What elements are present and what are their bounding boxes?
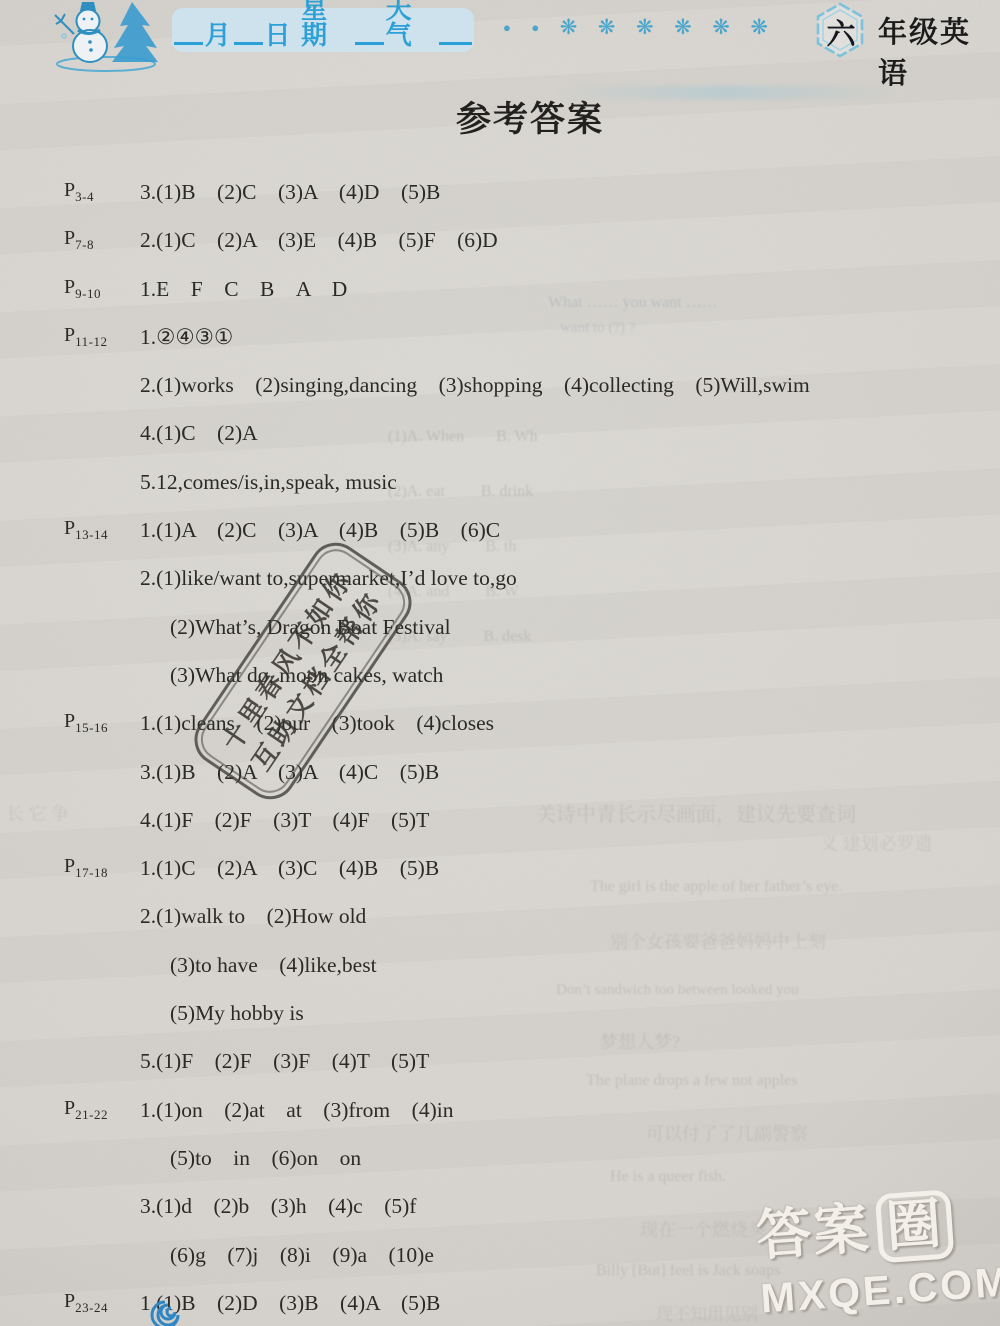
date-strip-label: 星期 bbox=[301, 0, 353, 48]
snowflake-icon: ❋ bbox=[712, 17, 730, 38]
scan-bleed-mark bbox=[555, 86, 895, 99]
answer-line: (2)What’s, Dragon Boat Festival bbox=[0, 605, 1000, 653]
answer-line: P9-101.E F C B A D bbox=[0, 267, 1000, 315]
answer-text: 2.(1)works (2)singing,dancing (3)shoppin… bbox=[140, 371, 810, 399]
brand-circle-text: 圈 bbox=[875, 1189, 955, 1263]
snowflake-icon: ❋ bbox=[674, 17, 692, 38]
snowflake-icon: ● bbox=[531, 21, 539, 34]
answer-line: (3)What do, moon cakes, watch bbox=[0, 653, 1000, 701]
answer-line: P11-121.②④③① bbox=[0, 315, 1000, 363]
date-strip-label: 日 bbox=[265, 22, 292, 48]
answer-text: (5)My hobby is bbox=[170, 999, 304, 1027]
answer-line: (5)My hobby is bbox=[0, 991, 1000, 1039]
answer-text: 5.(1)F (2)F (3)F (4)T (5)T bbox=[140, 1047, 429, 1075]
answer-line: P7-82.(1)C (2)A (3)E (4)B (5)F (6)D bbox=[0, 218, 1000, 266]
answer-text: 4.(1)F (2)F (3)T (4)F (5)T bbox=[140, 806, 429, 834]
answer-text: 1.(1)A (2)C (3)A (4)B (5)B (6)C bbox=[140, 516, 500, 544]
answers-list: P3-43.(1)B (2)C (3)A (4)D (5)BP7-82.(1)C… bbox=[0, 170, 1000, 1326]
answer-line: 2.(1)works (2)singing,dancing (3)shoppin… bbox=[0, 363, 1000, 411]
page-label: P23-24 bbox=[64, 1291, 108, 1314]
site-watermark: 答案圈 MXQE.COM bbox=[754, 1185, 1000, 1322]
answer-text: 2.(1)walk to (2)How old bbox=[140, 902, 366, 930]
blank-line bbox=[355, 38, 384, 45]
page-label: P17-18 bbox=[64, 856, 108, 879]
snowflake-icon: ● bbox=[503, 21, 511, 34]
date-weather-strip: 月日星期天气 bbox=[172, 8, 474, 52]
answer-text: (5)to in (6)on on bbox=[170, 1144, 361, 1172]
blank-line bbox=[174, 38, 203, 45]
answer-line: P21-221.(1)on (2)at at (3)from (4)in bbox=[0, 1088, 1000, 1136]
answer-text: 5.12,comes/is,in,speak, music bbox=[140, 468, 397, 496]
blank-line bbox=[439, 38, 472, 45]
answer-text: 1.(1)C (2)A (3)C (4)B (5)B bbox=[140, 854, 439, 882]
brand-text: 答案 bbox=[754, 1197, 872, 1267]
answer-line: 2.(1)like/want to,supermarket,I’d love t… bbox=[0, 556, 1000, 604]
snowflake-icon: ❋ bbox=[598, 17, 616, 38]
answer-line: 5.(1)F (2)F (3)F (4)T (5)T bbox=[0, 1039, 1000, 1087]
answer-line: P3-43.(1)B (2)C (3)A (4)D (5)B bbox=[0, 170, 1000, 218]
answer-text: 1.②④③① bbox=[140, 323, 233, 351]
answer-line: 2.(1)walk to (2)How old bbox=[0, 894, 1000, 942]
answer-text: 1.(1)B (2)D (3)B (4)A (5)B bbox=[140, 1289, 440, 1317]
snowman-tree-icon bbox=[52, 0, 166, 74]
snowflake-divider: ●●❋❋❋❋❋❋ bbox=[503, 12, 768, 42]
page-label: P21-22 bbox=[64, 1098, 108, 1121]
answer-line: 4.(1)F (2)F (3)T (4)F (5)T bbox=[0, 798, 1000, 846]
answer-line: P17-181.(1)C (2)A (3)C (4)B (5)B bbox=[0, 846, 1000, 894]
blank-line bbox=[234, 38, 263, 45]
date-strip-label: 月 bbox=[205, 22, 232, 48]
snowflake-icon: ❋ bbox=[636, 17, 654, 38]
answer-text: 2.(1)C (2)A (3)E (4)B (5)F (6)D bbox=[140, 226, 498, 254]
date-strip-label: 天气 bbox=[386, 0, 438, 48]
page-label: P9-10 bbox=[64, 277, 101, 300]
page-label: P13-14 bbox=[64, 518, 108, 541]
page-title: 参考答案 bbox=[456, 92, 604, 142]
answer-text: (6)g (7)j (8)i (9)a (10)e bbox=[170, 1241, 434, 1269]
answer-text: 1.E F C B A D bbox=[140, 275, 347, 303]
answer-line: (3)to have (4)like,best bbox=[0, 943, 1000, 991]
answer-text: (3)to have (4)like,best bbox=[170, 951, 377, 979]
answer-line: 5.12,comes/is,in,speak, music bbox=[0, 460, 1000, 508]
grade-badge-text: 六 bbox=[824, 12, 858, 53]
spiral-icon bbox=[146, 1300, 184, 1326]
snowflake-icon: ❋ bbox=[560, 17, 578, 38]
answer-line: 4.(1)C (2)A bbox=[0, 411, 1000, 459]
grade-subject-label: 年级英语 bbox=[878, 10, 1000, 92]
snowflake-icon: ❋ bbox=[750, 17, 768, 38]
answer-line: P13-141.(1)A (2)C (3)A (4)B (5)B (6)C bbox=[0, 508, 1000, 556]
answer-text: 3.(1)B (2)C (3)A (4)D (5)B bbox=[140, 178, 440, 206]
answer-line: 3.(1)B (2)A (3)A (4)C (5)B bbox=[0, 750, 1000, 798]
page-label: P7-8 bbox=[64, 228, 94, 251]
answer-text: 4.(1)C (2)A bbox=[140, 419, 258, 447]
scanned-answer-page: 月日星期天气 ●●❋❋❋❋❋❋ 六 年级英语 参考答案 P3-43.(1)B (… bbox=[0, 0, 1000, 1326]
answer-line: (5)to in (6)on on bbox=[0, 1136, 1000, 1184]
answer-text: 3.(1)d (2)b (3)h (4)c (5)f bbox=[140, 1192, 416, 1220]
answer-line: P15-161.(1)cleans (2)our (3)took (4)clos… bbox=[0, 701, 1000, 749]
page-label: P15-16 bbox=[64, 711, 108, 734]
page-label: P3-4 bbox=[64, 180, 94, 203]
answer-text: 1.(1)on (2)at at (3)from (4)in bbox=[140, 1096, 453, 1124]
page-label: P11-12 bbox=[64, 325, 107, 348]
